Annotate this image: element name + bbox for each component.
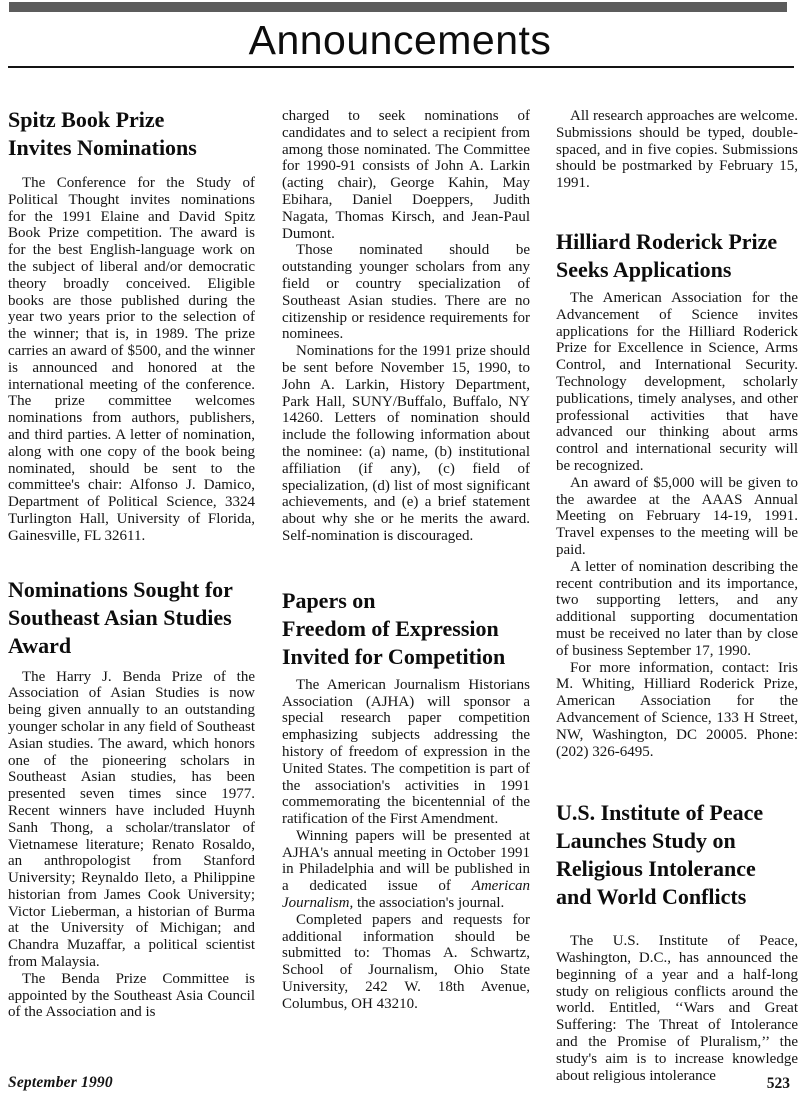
paragraph: A letter of nomination describing the re…: [556, 559, 798, 660]
article-title-usip: U.S. Institute of Peace Launches Study o…: [556, 799, 798, 911]
footer-issue-date: September 1990: [8, 1074, 113, 1092]
paragraph: The Conference for the Study of Politica…: [8, 175, 255, 545]
journal-page: Announcements Spitz Book Prize Invites N…: [0, 0, 800, 1106]
column-right: All research approaches are welcome. Sub…: [556, 0, 798, 1084]
paragraph: Those nominated should be outstanding yo…: [282, 242, 530, 343]
footer-page-number: 523: [767, 1075, 790, 1093]
article-title-benda: Nominations Sought for Southeast Asian S…: [8, 576, 255, 660]
paragraph-text: the association's journal.: [353, 895, 504, 911]
paragraph: All research approaches are welcome. Sub…: [556, 108, 798, 192]
paragraph: The Harry J. Benda Prize of the Associat…: [8, 669, 255, 971]
paragraph: An award of $5,000 will be given to the …: [556, 475, 798, 559]
paragraph: The American Association for the Advance…: [556, 290, 798, 475]
article-title-spitz: Spitz Book Prize Invites Nominations: [8, 106, 255, 162]
paragraph: For more information, contact: Iris M. W…: [556, 660, 798, 761]
column-left: Spitz Book Prize Invites Nominations The…: [8, 0, 255, 1021]
paragraph: Nominations for the 1991 prize should be…: [282, 343, 530, 545]
article-title-ajha: Papers on Freedom of Expression Invited …: [282, 587, 530, 671]
article-title-roderick: Hilliard Roderick Prize Seeks Applicatio…: [556, 228, 798, 284]
paragraph: Winning papers will be presented at AJHA…: [282, 828, 530, 912]
paragraph: charged to seek nominations of candidate…: [282, 108, 530, 242]
paragraph: The American Journalism Historians Assoc…: [282, 677, 530, 828]
paragraph: The U.S. Institute of Peace, Washington,…: [556, 933, 798, 1084]
column-middle: charged to seek nominations of candidate…: [282, 0, 530, 1013]
paragraph: The Benda Prize Committee is appointed b…: [8, 971, 255, 1021]
paragraph: Completed papers and requests for additi…: [282, 912, 530, 1013]
